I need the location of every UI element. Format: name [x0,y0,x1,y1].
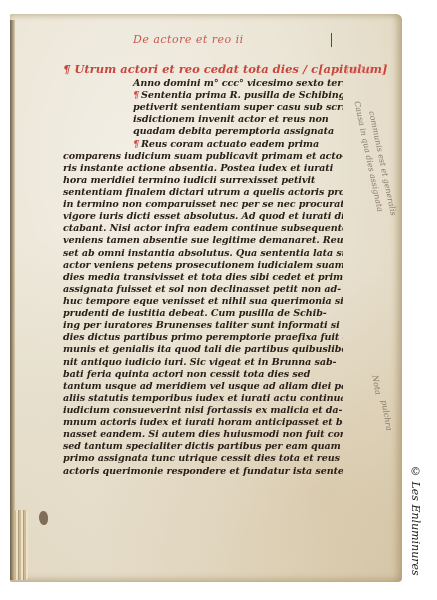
text-line: hora meridiei termino iudicii surrexisse… [63,175,343,187]
text-line: bati feria quinta actori non cessit tota… [63,369,343,381]
text-line-content: actoris querimonie respondere et fundatu… [63,466,343,477]
text-line: assignata fuisset et sol non declinasset… [63,284,343,296]
pilcrow-mark: ¶ [133,90,139,101]
text-line-content: mnum actoris iudex et iurati horam antic… [63,417,343,428]
text-block: Anno domini m° ccc° vicesimo sexto terti… [63,78,343,478]
text-line-content: ctabant. Nisi actor infra eadem continue… [63,223,343,234]
text-line-content: primo assignata tunc utrique cessit dies… [63,453,343,464]
text-line-content: nit antiquo iudicio iuri. Sic vigeat et … [63,357,336,368]
copyright-credit: © Les Enluminures [409,465,422,576]
text-line: ctabant. Nisi actor infra eadem continue… [63,223,343,235]
ink-stain [39,511,48,525]
text-line-content: dies media transivisset et tota dies sib… [63,272,343,283]
text-line: munis et genialis ita quod tali die part… [63,344,343,356]
text-line-content: ing per iuratores Brunenses taliter sunt… [63,320,340,331]
pilcrow-mark: ¶ [133,139,139,150]
text-line-content: Anno domini m° ccc° vicesimo sexto terti… [133,78,343,89]
text-line-content: prudenti de iustitia debeat. Cum pusilla… [63,308,327,319]
text-line: vigore iuris dicti esset absolutus. Ad q… [63,211,343,223]
text-line-content: assignata fuisset et sol non declinasset… [63,284,341,295]
text-line: comparens iudicium suam publicavit prima… [63,151,343,163]
text-line: tantum usque ad meridiem vel usque ad al… [63,381,343,393]
margin-number: 1070 [344,64,372,77]
text-line: set ab omni instantia absolutus. Qua sen… [63,248,343,260]
text-line-content: munis et genialis ita quod tali die part… [63,344,343,355]
text-line: nasset eandem. Si autem dies huiusmodi n… [63,429,343,441]
text-line-content: in termino non comparuisset nec per se n… [63,199,343,210]
text-line: veniens tamen absentie sue legitime dema… [63,235,343,247]
text-line-content: tantum usque ad meridiem vel usque ad al… [63,381,343,392]
text-line: ¶Sententia prima R. pusilla de Schibing [63,90,343,102]
text-line: actoris querimonie respondere et fundatu… [63,466,343,478]
text-line: aliis statutis temporibus iudex et iurat… [63,393,343,405]
text-line-content: aliis statutis temporibus iudex et iurat… [63,393,343,404]
text-line-content: sed tantum specialiter dictis partibus p… [63,441,343,452]
text-line-content: actor veniens petens prosecutionem iudic… [63,260,343,271]
binding-edge [10,20,15,580]
text-line: ris instante actione absentia. Postea iu… [63,163,343,175]
text-line-content: quadam debita peremptoria assignata [133,126,334,137]
text-line-content: set ab omni instantia absolutus. Qua sen… [63,248,343,259]
text-line: primo assignata tunc utrique cessit dies… [63,453,343,465]
text-line: mnum actoris iudex et iurati horam antic… [63,417,343,429]
text-line-content: iudicium consueverint nisi fortassis ex … [63,405,342,416]
text-line: dies dictus partibus primo peremptorie p… [63,332,343,344]
text-line: sed tantum specialiter dictis partibus p… [63,441,343,453]
text-line-content: hora meridiei termino iudicii surrexisse… [63,175,315,186]
text-line-content: Reus coram actuato eadem prima [141,139,319,150]
text-line: petiverit sententiam super casu sub scri… [63,102,343,114]
text-line: in termino non comparuisset nec per se n… [63,199,343,211]
text-line: quadam debita peremptoria assignata [63,126,343,138]
text-line-content: nasset eandem. Si autem dies huiusmodi n… [63,429,343,440]
text-line: Anno domini m° ccc° vicesimo sexto terti… [63,78,343,90]
text-line-content: veniens tamen absentie sue legitime dema… [63,235,343,246]
text-line: huc tempore eque venisset et nihil sua q… [63,296,343,308]
text-line-content: vigore iuris dicti esset absolutus. Ad q… [63,211,343,222]
text-line: ing per iuratores Brunenses taliter sunt… [63,320,343,332]
text-line-content: dies dictus partibus primo peremptorie p… [63,332,343,343]
text-line-content: comparens iudicium suam publicavit prima… [63,151,343,162]
text-line-content: Sententia prima R. pusilla de Schibing [141,90,343,101]
binding-thread [14,510,28,580]
text-line-content: huc tempore eque venisset et nihil sua q… [63,296,343,307]
text-line: iudicium consueverint nisi fortassis ex … [63,405,343,417]
text-line-content: ris instante actione absentia. Postea iu… [63,163,333,174]
text-line-content: bati feria quinta actori non cessit tota… [63,369,310,380]
folio-mark [331,33,332,47]
text-line-content: sententiam finalem dictari utrum a queli… [63,187,343,198]
text-line: prudenti de iustitia debeat. Cum pusilla… [63,308,343,320]
text-line: ¶Reus coram actuato eadem prima [63,139,343,151]
text-line-content: petiverit sententiam super casu sub scri… [133,102,343,113]
text-line: isdictionem invenit actor et reus non [63,114,343,126]
text-line: actor veniens petens prosecutionem iudic… [63,260,343,272]
text-line: nit antiquo iudicio iuri. Sic vigeat et … [63,357,343,369]
text-line: dies media transivisset et tota dies sib… [63,272,343,284]
rubric-heading: ¶ Utrum actori et reo cedat tota dies / … [63,62,387,76]
text-line-content: isdictionem invenit actor et reus non [133,114,329,125]
text-line: sententiam finalem dictari utrum a queli… [63,187,343,199]
running-head: De actore et reo ii [133,33,244,46]
